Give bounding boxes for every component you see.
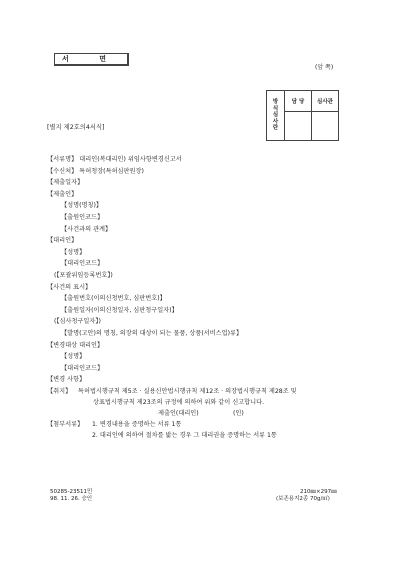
form-field-line: 【출원일자(이의신청일자, 심판청구일자)】 xyxy=(61,307,178,315)
form-field-line: 【대리인】 xyxy=(47,237,77,245)
purpose-line-1: 특허법시행규칙 제5조 · 실용신안법시행규칙 제12조 · 의장법시행규칙 제… xyxy=(78,388,297,396)
document-title-box: 서 면 xyxy=(54,53,129,66)
review-side-label: 방식심사란 xyxy=(267,91,285,141)
form-field-line: 【사건과의 관계】 xyxy=(61,226,111,234)
form-field-line: 【제출일자】 xyxy=(47,179,83,187)
form-field-line: 【대리인코드】 xyxy=(61,365,103,373)
form-field-line: (【포괄위임등록번호】) xyxy=(54,272,113,280)
form-field-line: 【성명(명칭)】 xyxy=(61,202,102,210)
review-box: 방식심사란 담 당 심사관 xyxy=(266,90,339,141)
form-field-line: 【출원인코드】 xyxy=(61,214,103,222)
attachment-2: 2. 대리인에 의하여 절차를 밟는 경우 그 대리권을 증명하는 서류 1통 xyxy=(92,432,277,440)
footer-code: 50285-23511민 xyxy=(50,489,92,496)
footer-paper: (보존용지2종 70g/㎡) xyxy=(276,496,330,503)
footer-size: 210㎜×297㎜ xyxy=(300,489,337,496)
form-field-line: 【변경대상 대리인】 xyxy=(47,342,103,350)
form-field-line: 【사건의 표시】 xyxy=(47,284,91,292)
form-field-line: 【대리인코드】 xyxy=(61,260,103,268)
purpose-line-2: 상표법시행규칙 제23조의 규정에 의하여 위와 같이 신고합니다. xyxy=(93,399,264,407)
form-field-line: 【변경 사항】 xyxy=(47,376,85,384)
form-field-line: (【심사청구일자】) xyxy=(54,318,101,326)
document-title: 서 면 xyxy=(62,55,120,63)
form-field-line: 【서류명】 대리인(복대리인) 위임사항변경신고서 xyxy=(47,156,182,164)
form-field-line: 【성명】 xyxy=(61,249,85,257)
review-col-examiner: 심사관 xyxy=(312,91,339,112)
seal-mark: (인) xyxy=(233,410,244,418)
form-number: [별지 제2호의4서식] xyxy=(47,124,105,132)
attachment-1: 1. 변경내용을 증명하는 서류 1통 xyxy=(92,421,181,429)
review-col-officer: 담 당 xyxy=(285,91,312,112)
form-field-line: 【제출인】 xyxy=(47,191,77,199)
form-field-line: 【발명(고안)의 명칭, 의장의 대상이 되는 물품, 상품(서비스업)류】 xyxy=(61,330,242,338)
form-field-line: 【수신처】 특허청장(특허심판원장) xyxy=(47,168,144,176)
form-field-line: 【성명】 xyxy=(61,353,85,361)
front-page-label: (앞 쪽) xyxy=(315,64,333,72)
form-field-line: 【출원번호(이의신청번호, 심판번호)】 xyxy=(61,295,166,303)
review-examiner-cell[interactable] xyxy=(312,112,339,141)
signer-label: 제출인(대리인) xyxy=(158,410,199,418)
footer-approval: 98. 11. 26. 승인 xyxy=(50,496,92,503)
attachments-label: 【첨부서류】 xyxy=(47,421,83,429)
purpose-label: 【취지】 xyxy=(47,388,71,396)
review-officer-cell[interactable] xyxy=(285,112,312,141)
